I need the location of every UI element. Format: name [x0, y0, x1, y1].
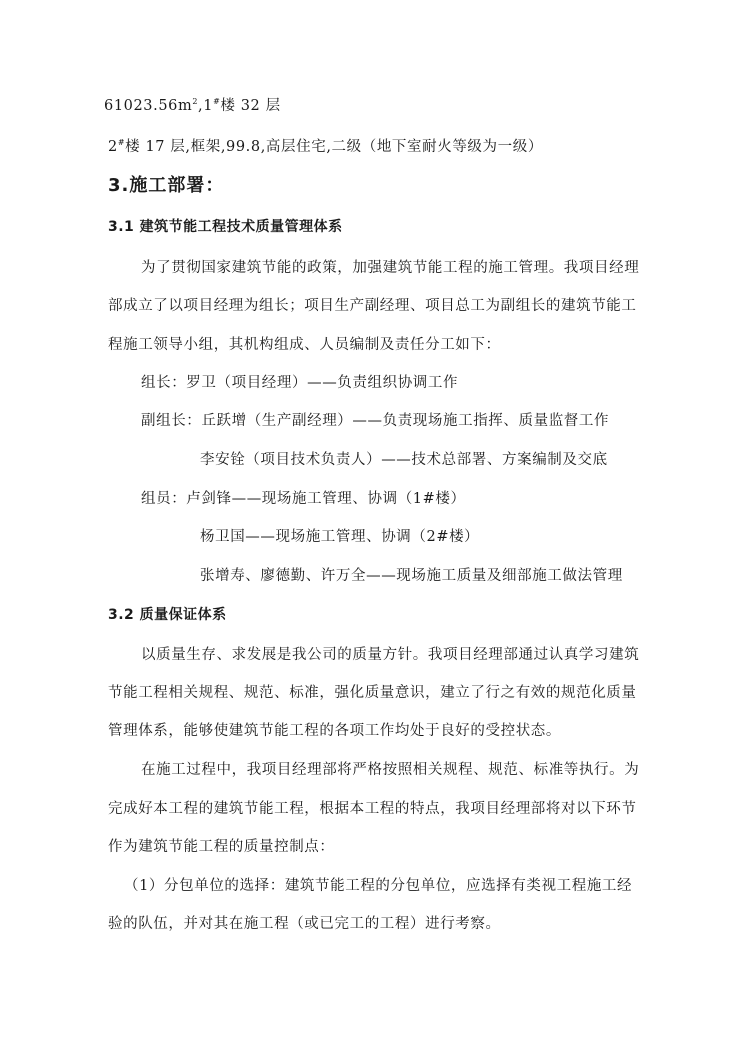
text: 2 [108, 139, 118, 155]
section-3-2-heading: 3.2 质量保证体系 [108, 606, 227, 624]
project-area-line: 61023.56m2,1#楼 32 层 [104, 97, 281, 115]
paragraph-line: 程施工领导小组，其机构组成、人员编制及责任分工如下： [108, 336, 501, 354]
text: ,1 [198, 98, 213, 114]
roster-member: 组员：卢剑锋——现场施工管理、协调（1#楼） [141, 490, 466, 508]
paragraph-line: 作为建筑节能工程的质量控制点： [108, 838, 335, 856]
paragraph-line: 完成好本工程的建筑节能工程，根据本工程的特点，我项目经理部将对以下环节 [108, 800, 637, 818]
text: 61023.56m [104, 98, 192, 114]
section-3-heading: 3.施工部署： [108, 177, 224, 195]
paragraph-line: 节能工程相关规程、规范、标准，强化质量意识，建立了行之有效的规范化质量 [108, 684, 637, 702]
paragraph-line: 为了贯彻国家建筑节能的政策，加强建筑节能工程的施工管理。我项目经理 [141, 259, 639, 277]
roster-leader: 组长：罗卫（项目经理）——负责组织协调工作 [141, 374, 458, 392]
building2-line: 2#楼 17 层,框架,99.8,高层住宅,二级（地下室耐火等级为一级） [108, 138, 543, 156]
roster-deputy: 副组长：丘跃增（生产副经理）——负责现场施工指挥、质量监督工作 [141, 412, 609, 430]
list-item-1: （1）分包单位的选择：建筑节能工程的分包单位，应选择有类视工程施工经 [124, 877, 632, 895]
text: 楼 32 层 [220, 98, 280, 114]
list-item-1-cont: 验的队伍，并对其在施工程（或已完工的工程）进行考察。 [108, 915, 501, 933]
paragraph-line: 管理体系，能够使建筑节能工程的各项工作均处于良好的受控状态。 [108, 722, 561, 740]
paragraph-line: 以质量生存、求发展是我公司的质量方针。我项目经理部通过认真学习建筑 [141, 646, 639, 664]
roster-member-2: 杨卫国——现场施工管理、协调（2#楼） [200, 528, 479, 546]
section-3-1-heading: 3.1 建筑节能工程技术质量管理体系 [108, 218, 343, 236]
text: 楼 17 层,框架,99.8,高层住宅,二级（地下室耐火等级为一级） [125, 139, 543, 155]
paragraph-line: 部成立了以项目经理为组长；项目生产副经理、项目总工为副组长的建筑节能工 [108, 297, 637, 315]
paragraph-line: 在施工过程中，我项目经理部将严格按照相关规程、规范、标准等执行。为 [141, 761, 639, 779]
roster-deputy-2: 李安铨（项目技术负责人）——技术总部署、方案编制及交底 [200, 451, 608, 469]
roster-member-3: 张增寿、廖德勤、许万全——现场施工质量及细部施工做法管理 [200, 567, 623, 585]
